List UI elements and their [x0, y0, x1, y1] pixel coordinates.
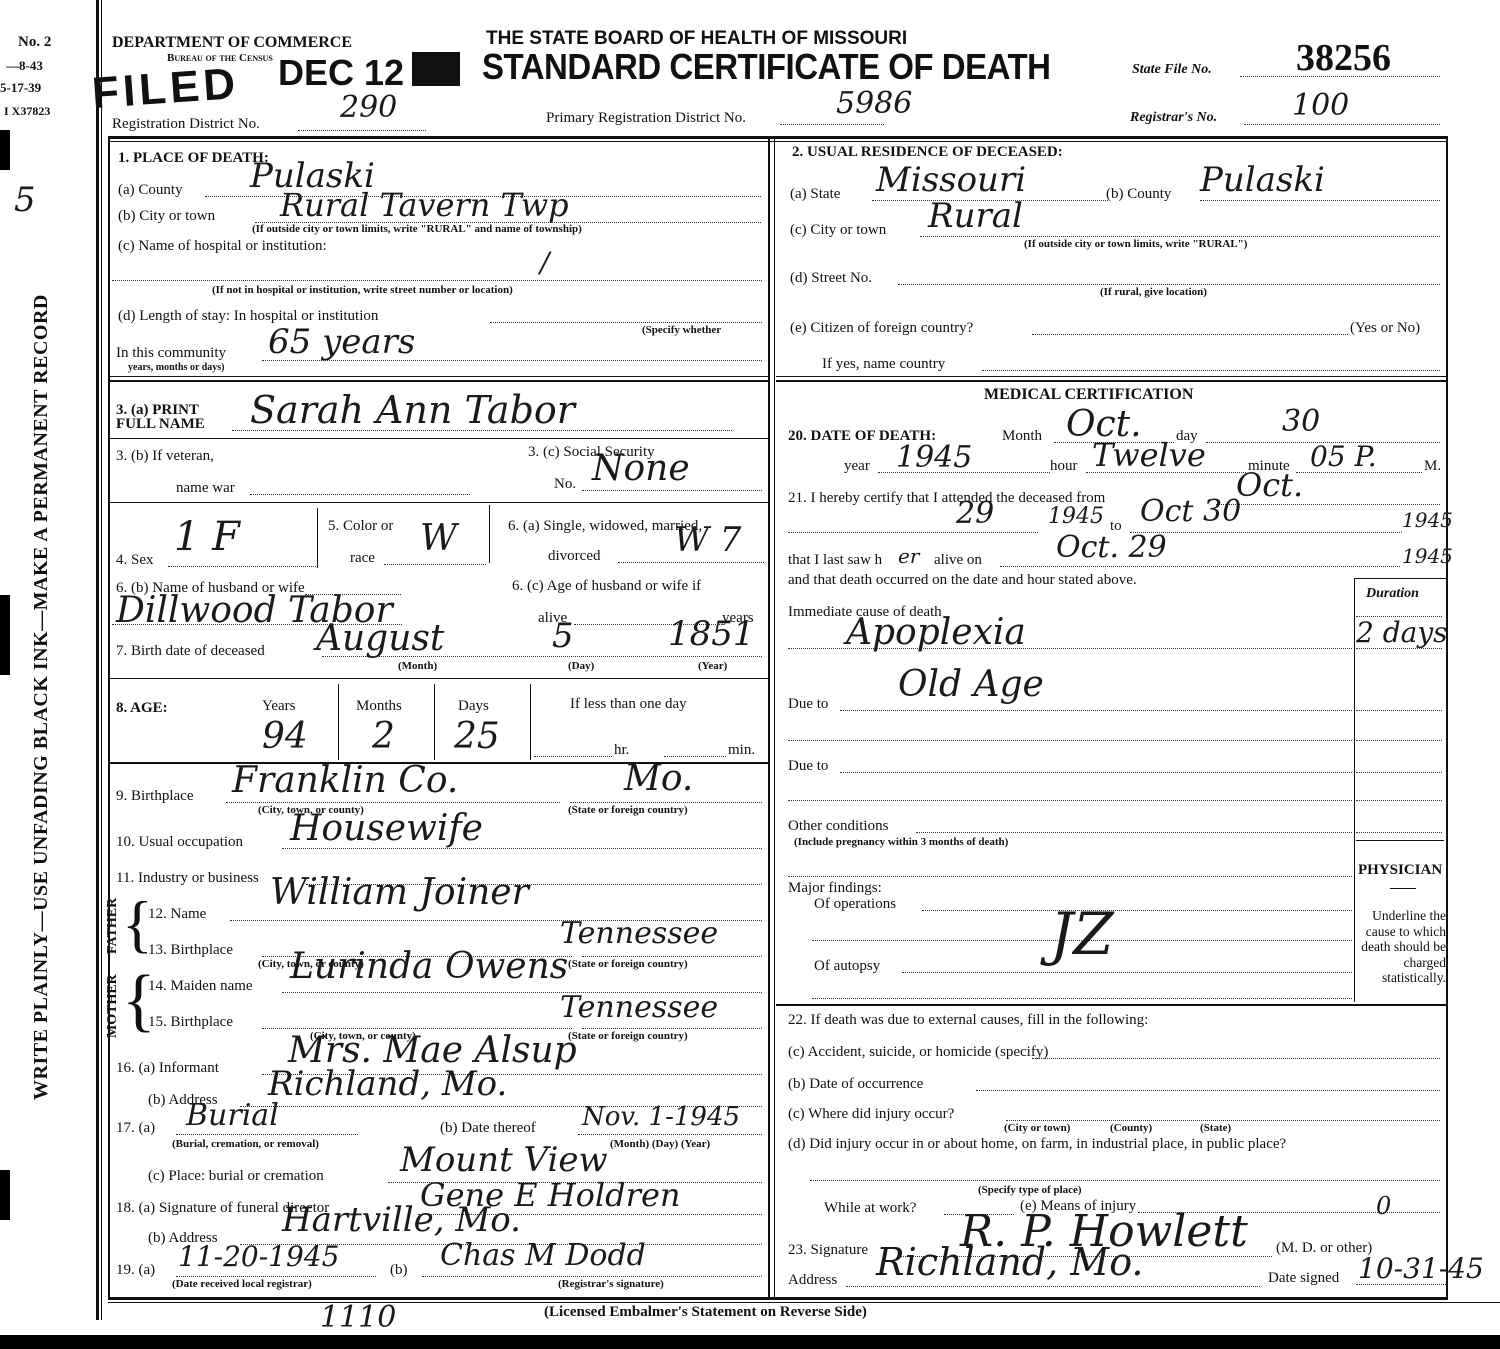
res-state-value[interactable]: Missouri [876, 160, 1026, 200]
place-of-death-heading: 1. PLACE OF DEATH: [118, 150, 269, 167]
pod-hospital-note: (If not in hospital or institution, writ… [212, 284, 513, 296]
occupation-label: 10. Usual occupation [116, 834, 243, 851]
age-days-value[interactable]: 25 [454, 716, 500, 757]
date-signed-label: Date signed [1268, 1270, 1339, 1287]
death-hour-label: hour [1050, 458, 1078, 475]
month-note: (Month) [398, 660, 437, 672]
alive-year-value[interactable]: 1945 [1402, 544, 1453, 568]
birthplace-state-value[interactable]: Mo. [624, 758, 693, 799]
burial-date-note: (Month) (Day) (Year) [610, 1138, 710, 1150]
bottom-divider [108, 1297, 1448, 1300]
margin-black-bar [0, 595, 10, 675]
footer-code: 1110 [320, 1300, 396, 1335]
birthplace-state-note: (State or foreign country) [568, 804, 688, 816]
center-divider [768, 138, 770, 1298]
occurrence-label: (b) Date of occurrence [788, 1076, 923, 1093]
father-birth-value[interactable]: Tennessee [560, 916, 718, 951]
birth-label: 7. Birth date of deceased [116, 643, 265, 660]
other-conditions-note: (Include pregnancy within 3 months of de… [794, 836, 1008, 848]
embalmer-note: (Licensed Embalmer's Statement on Revers… [544, 1304, 867, 1321]
burial-label: 17. (a) [116, 1120, 155, 1137]
res-citizen-label: (e) Citizen of foreign country? [790, 320, 973, 337]
age-years-label: Years [262, 698, 295, 715]
informant-address-value[interactable]: Richland, Mo. [268, 1064, 507, 1104]
primary-registration-no: 5986 [836, 86, 912, 121]
death-meridian: M. [1424, 458, 1441, 475]
state-file-number: 38256 [1296, 36, 1391, 80]
registrar-sig-value[interactable]: Chas M Dodd [440, 1238, 646, 1273]
burial-value[interactable]: Burial [186, 1098, 279, 1133]
age-label: 8. AGE: [116, 700, 168, 717]
registrar-no: 100 [1292, 88, 1349, 123]
father-birth-label: 13. Birthplace [148, 942, 233, 959]
margin-black-bar [0, 130, 10, 170]
redacted-year [412, 52, 460, 86]
residence-heading: 2. USUAL RESIDENCE OF DECEASED: [792, 144, 1063, 161]
burial-date-label: (b) Date thereof [440, 1120, 536, 1137]
color-label-1: 5. Color or [328, 518, 393, 535]
res-city-label: (c) City or town [790, 222, 886, 239]
last-saw-label: that I last saw h [788, 552, 882, 569]
state-file-label: State File No. [1132, 62, 1212, 78]
birth-month-value[interactable]: August [316, 618, 444, 659]
director-address-value[interactable]: Hartville, Mo. [282, 1200, 521, 1240]
place-type-note: (Specify type of place) [978, 1184, 1082, 1196]
frame-left [96, 0, 99, 1320]
where-state-note: (State) [1200, 1122, 1231, 1134]
mother-name-value[interactable]: Lurinda Owens [290, 946, 568, 987]
burial-date-value[interactable]: Nov. 1-1945 [582, 1102, 740, 1132]
age-days-label: Days [458, 698, 489, 715]
form-code-1: No. 2 [18, 34, 51, 51]
due-to-2-label: Due to [788, 758, 828, 775]
work-label: While at work? [824, 1200, 916, 1217]
duration-heading: Duration [1366, 586, 1419, 602]
primary-registration-label: Primary Registration District No. [546, 110, 746, 127]
registrar-sig-label: (b) [390, 1262, 408, 1279]
pod-community-value[interactable]: 65 years [268, 322, 415, 362]
alive-on-value[interactable]: Oct. 29 [1056, 530, 1167, 565]
res-county-label: (b) County [1106, 186, 1171, 203]
pod-city-label: (b) City or town [118, 208, 215, 225]
year-note: (Year) [698, 660, 727, 672]
date-signed-value[interactable]: 10-31-45 [1358, 1252, 1484, 1285]
pod-county-label: (a) County [118, 182, 183, 199]
veteran-label: 3. (b) If veteran, [116, 448, 214, 465]
scan-bottom-edge [0, 1335, 1500, 1349]
to-year-value[interactable]: 1945 [1402, 508, 1453, 532]
underline-note: Underline the cause to which death shoul… [1356, 908, 1446, 986]
occurred-label: and that death occurred on the date and … [788, 572, 1137, 589]
frame-left-inner [101, 0, 102, 1320]
burial-note: (Burial, cremation, or removal) [172, 1138, 319, 1150]
medical-heading: MEDICAL CERTIFICATION [984, 386, 1193, 404]
physician-address-label: Address [788, 1272, 837, 1289]
filed-date-stamp: DEC 12 [278, 52, 404, 94]
department-label: DEPARTMENT OF COMMERCE [112, 34, 352, 52]
industry-label: 11. Industry or business [116, 870, 259, 887]
vertical-instruction: WRITE PLAINLY—USE UNFADING BLACK INK—MAK… [30, 294, 53, 1100]
informant-label: 16. (a) Informant [116, 1060, 219, 1077]
death-year-label: year [844, 458, 870, 475]
res-citizen-note: (Yes or No) [1350, 320, 1420, 337]
received-note: (Date received local registrar) [172, 1278, 312, 1290]
physician-heading: PHYSICIAN [1358, 862, 1442, 879]
ssn-no-label: No. [554, 476, 576, 493]
findings-label: Major findings: [788, 880, 882, 897]
immediate-duration-value[interactable]: 2 days [1356, 616, 1448, 649]
sex-label: 4. Sex [116, 552, 154, 569]
war-label: name war [176, 480, 235, 497]
header-divider [108, 136, 1448, 139]
father-name-label: 12. Name [148, 906, 206, 923]
to-date-value[interactable]: Oct 30 [1140, 494, 1241, 529]
pod-hospital-value[interactable]: / [540, 246, 549, 279]
where-label: (c) Where did injury occur? [788, 1106, 954, 1123]
marital-label-2: divorced [548, 548, 600, 565]
birthplace-label: 9. Birthplace [116, 788, 193, 805]
autopsy-label: Of autopsy [814, 958, 880, 975]
due-to-1-value[interactable]: Old Age [898, 664, 1044, 705]
birth-year-value[interactable]: 1851 [668, 614, 755, 654]
res-country-label: If yes, name country [822, 356, 945, 373]
color-label-2: race [350, 550, 375, 567]
res-street-label: (d) Street No. [790, 270, 872, 287]
form-code-4: I X37823 [4, 104, 50, 119]
registration-district-no: 290 [340, 90, 397, 125]
pod-community-note: years, months or days) [128, 362, 224, 373]
operations-label: Of operations [814, 896, 896, 913]
res-city-note: (If outside city or town limits, write "… [1024, 238, 1247, 250]
pod-hospital-label: (c) Name of hospital or institution: [118, 238, 327, 255]
from-month-value[interactable]: Oct. [1236, 466, 1303, 504]
mother-birth-label: 15. Birthplace [148, 1014, 233, 1031]
received-label: 19. (a) [116, 1262, 155, 1279]
form-code-3: 5-17-39 [0, 80, 41, 96]
res-state-label: (a) State [790, 186, 840, 203]
mother-birth-value[interactable]: Tennessee [560, 990, 718, 1025]
immediate-cause-value[interactable]: Apoplexia [846, 612, 1026, 653]
death-year-value[interactable]: 1945 [896, 440, 972, 475]
marital-label-1: 6. (a) Single, widowed, married, [508, 518, 702, 535]
name-label-2: FULL NAME [116, 416, 205, 433]
means-value[interactable]: 0 [1376, 1192, 1391, 1220]
birth-day-value[interactable]: 5 [552, 616, 574, 656]
father-state-note: (State or foreign country) [568, 958, 688, 970]
from-year-value[interactable]: 1945 [1048, 504, 1104, 529]
registrar-sig-note: (Registrar's signature) [558, 1278, 664, 1290]
duration-column-divider [1354, 578, 1355, 1002]
res-street-note: (If rural, give location) [1100, 286, 1207, 298]
place-type-label: (d) Did injury occur in or about home, o… [788, 1136, 1286, 1153]
where-city-note: (City or town) [1004, 1122, 1070, 1134]
mother-side-label: MOTHER [105, 974, 121, 1038]
other-conditions-label: Other conditions [788, 818, 888, 835]
certificate-title: STANDARD CERTIFICATE OF DEATH [482, 46, 1050, 88]
received-date-value[interactable]: 11-20-1945 [178, 1240, 339, 1273]
pod-specify-note: (Specify whether [642, 324, 721, 336]
frame-right [1446, 138, 1448, 1298]
external-heading: 22. If death was due to external causes,… [788, 1012, 1148, 1029]
margin-black-bar [0, 1170, 10, 1220]
mother-name-label: 14. Maiden name [148, 978, 253, 995]
death-minute-value[interactable]: 05 P. [1310, 440, 1377, 473]
pod-city-value[interactable]: Rural Tavern Twp [280, 186, 569, 224]
death-month-label: Month [1002, 428, 1042, 445]
day-note: (Day) [568, 660, 594, 672]
full-name-value[interactable]: Sarah Ann Tabor [250, 388, 575, 432]
pod-community-label: In this community [116, 345, 226, 362]
sex-value[interactable]: 1 F [174, 514, 240, 560]
age-months-value[interactable]: 2 [372, 716, 395, 757]
age-hr-label: hr. [614, 742, 629, 759]
death-day-value[interactable]: 30 [1282, 404, 1320, 439]
age-months-label: Months [356, 698, 402, 715]
age-years-value[interactable]: 94 [262, 716, 308, 757]
accident-label: (c) Accident, suicide, or homicide (spec… [788, 1044, 1048, 1061]
death-hour-value[interactable]: Twelve [1092, 436, 1206, 474]
age-less-label: If less than one day [570, 696, 687, 713]
due-to-1-label: Due to [788, 696, 828, 713]
pod-city-note: (If outside city or town limits, write "… [252, 223, 582, 235]
reviewer-stamp-mark: JZ [1050, 900, 1114, 968]
marital-value[interactable]: W 7 [674, 520, 741, 560]
physician-address-value[interactable]: Richland, Mo. [876, 1240, 1143, 1284]
ssn-value[interactable]: None [592, 448, 690, 489]
age-min-label: min. [728, 742, 755, 759]
birthplace-city-value[interactable]: Franklin Co. [232, 760, 458, 801]
burial-place-value[interactable]: Mount View [400, 1140, 608, 1180]
father-name-value[interactable]: William Joiner [270, 872, 529, 913]
occupation-value[interactable]: Housewife [290, 808, 483, 849]
spouse-age-label-1: 6. (c) Age of husband or wife if [512, 578, 701, 595]
filed-stamp: FILED [90, 59, 240, 119]
res-county-value[interactable]: Pulaski [1200, 160, 1325, 200]
signature-label: 23. Signature [788, 1242, 868, 1259]
father-side-label: FATHER [105, 898, 121, 954]
res-city-value[interactable]: Rural [928, 196, 1023, 236]
burial-place-label: (c) Place: burial or cremation [148, 1168, 324, 1185]
registrar-label: Registrar's No. [1130, 110, 1217, 126]
where-county-note: (County) [1110, 1122, 1152, 1134]
color-value[interactable]: W [420, 518, 457, 559]
alive-on-label: alive on [934, 552, 982, 569]
mother-state-note: (State or foreign country) [568, 1030, 688, 1042]
margin-handwritten-mark: 5 [14, 180, 36, 220]
last-saw-pronoun[interactable]: er [898, 544, 919, 568]
registration-district-label: Registration District No. [112, 116, 260, 133]
from-day-value[interactable]: 29 [956, 496, 994, 531]
form-code-2: —8-43 [6, 58, 43, 74]
